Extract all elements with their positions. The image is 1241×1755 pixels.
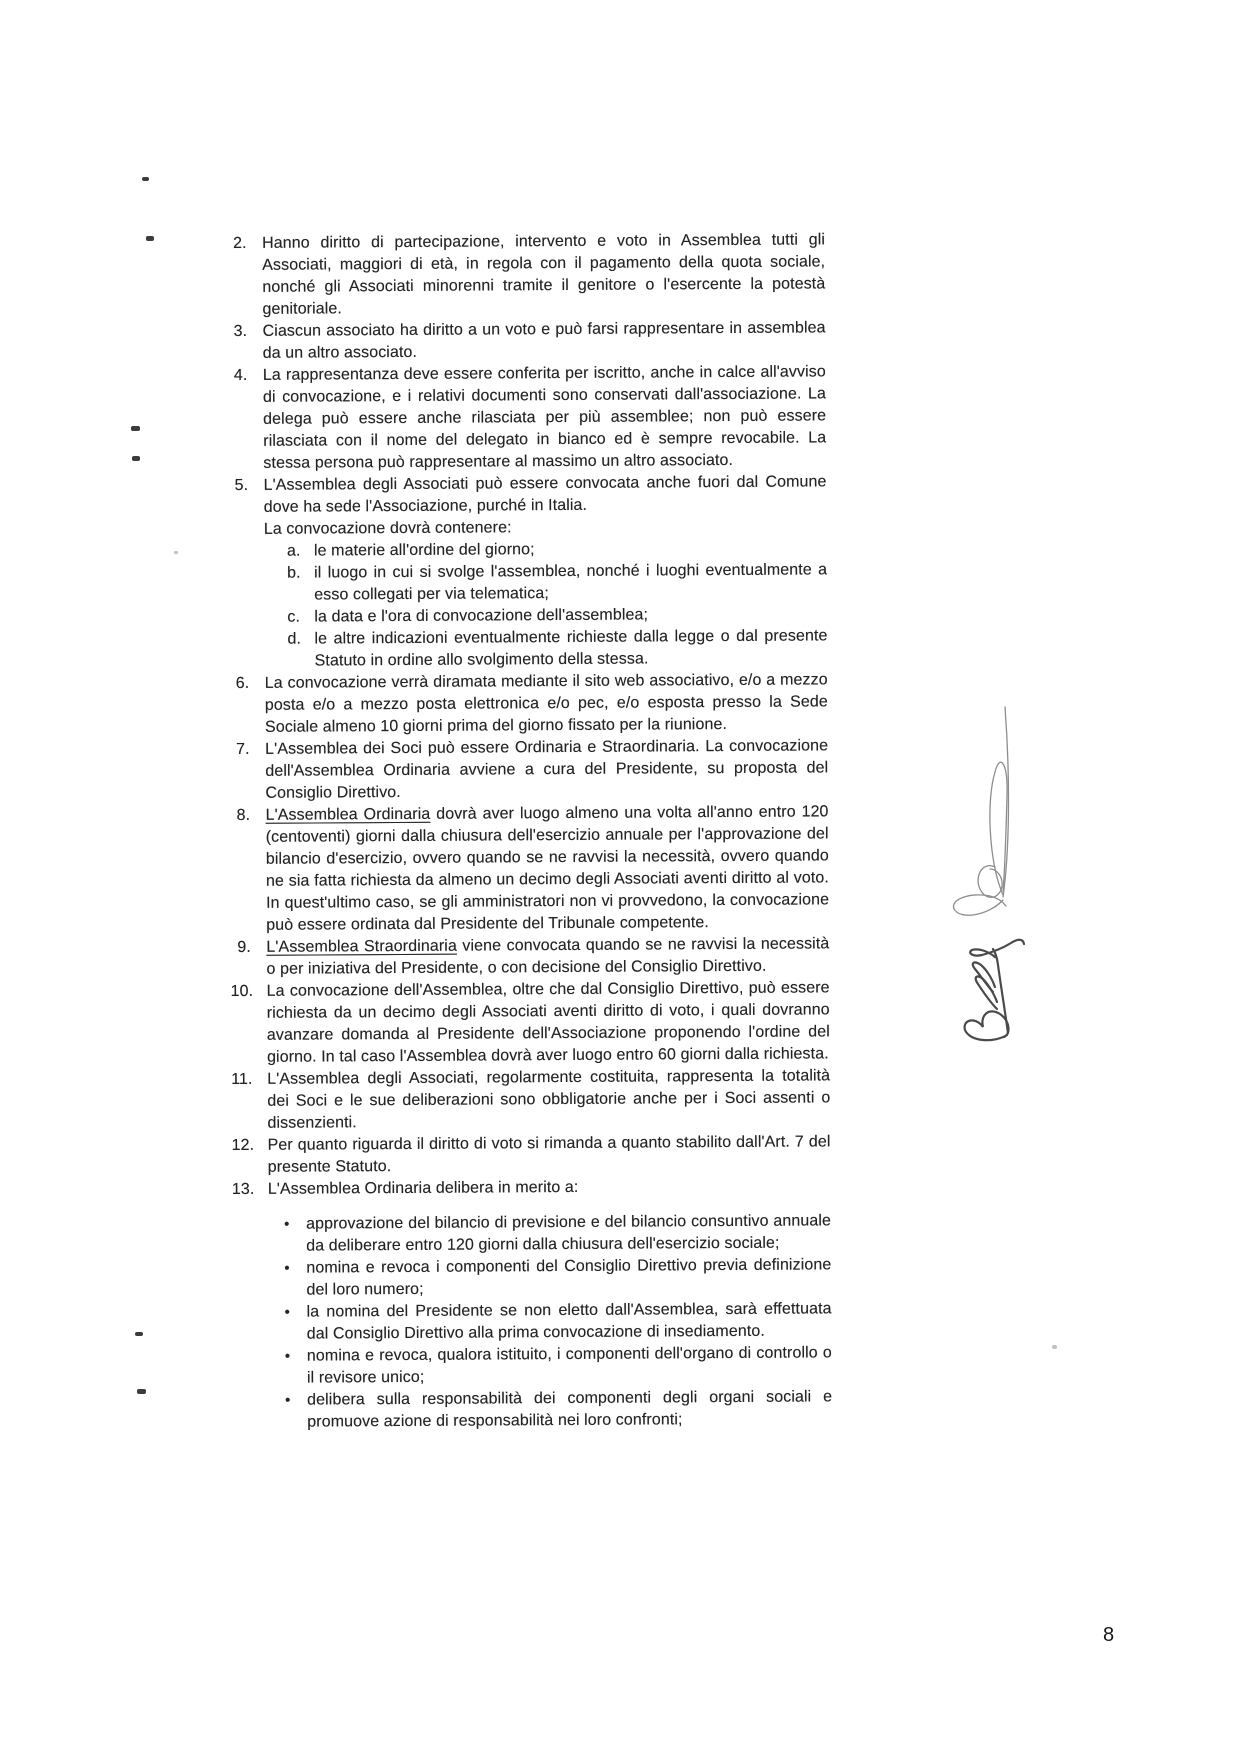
item-text: Ciascun associato ha diritto a un voto e…	[263, 317, 826, 364]
handwritten-signature	[925, 690, 1065, 1080]
bullet-text: la nomina del Presidente se non eletto d…	[307, 1298, 832, 1345]
bullet-icon: •	[285, 1346, 307, 1368]
bullet-text: nomina e revoca i componenti del Consigl…	[306, 1254, 831, 1301]
item-number: 9.	[237, 937, 266, 959]
scan-speck	[135, 1332, 143, 1336]
list-item-13: 13. L'Assemblea Ordinaria delibera in me…	[239, 1175, 833, 1434]
item-text: L'Assemblea Straordinaria viene convocat…	[266, 933, 829, 980]
list-item-11: 11. L'Assemblea degli Associati, regolar…	[238, 1065, 830, 1135]
bullet-item: • nomina e revoca, qualora istituito, i …	[285, 1342, 832, 1389]
bullet-item: • delibera sulla responsabilità dei comp…	[285, 1386, 832, 1433]
list-item-8: 8. L'Assemblea Ordinaria dovrà aver luog…	[236, 801, 829, 937]
item-number: 12.	[232, 1135, 268, 1157]
bullet-text: delibera sulla responsabilità dei compon…	[307, 1386, 832, 1433]
item-text: Hanno diritto di partecipazione, interve…	[262, 229, 826, 320]
statute-text-block: 2. Hanno diritto di partecipazione, inte…	[233, 229, 832, 1434]
underlined-lead: L'Assemblea Ordinaria	[266, 806, 431, 824]
bullet-icon: •	[285, 1302, 307, 1324]
bullet-item: • approvazione del bilancio di prevision…	[284, 1210, 831, 1257]
item-number: 2.	[233, 233, 262, 255]
lettered-sublist: a. le materie all'ordine del giorno; b. …	[287, 537, 828, 672]
bullet-text: approvazione del bilancio di previsione …	[306, 1210, 831, 1257]
item-text: La convocazione dell'Assemblea, oltre ch…	[267, 977, 831, 1068]
sublist-letter: a.	[287, 541, 314, 563]
list-item-12: 12. Per quanto riguarda il diritto di vo…	[239, 1131, 831, 1179]
item-text: L'Assemblea Ordinaria delibera in merito…	[268, 1175, 831, 1200]
item-number: 7.	[236, 739, 265, 761]
bullet-item: • nomina e revoca i componenti del Consi…	[284, 1254, 831, 1301]
item-number: 3.	[234, 321, 263, 343]
list-item-9: 9. L'Assemblea Straordinaria viene convo…	[237, 933, 829, 981]
bullet-item: • la nomina del Presidente se non eletto…	[285, 1298, 832, 1345]
item-number: 10.	[231, 981, 267, 1003]
item-content: L'Assemblea degli Associati può essere c…	[263, 471, 827, 672]
sublist-letter: c.	[287, 607, 314, 629]
item-text: L'Assemblea degli Associati, regolarment…	[267, 1065, 830, 1134]
bullet-list: • approvazione del bilancio di prevision…	[284, 1210, 832, 1433]
sublist-letter: d.	[287, 629, 314, 651]
list-item-10: 10. La convocazione dell'Assemblea, oltr…	[238, 977, 831, 1069]
scan-speck	[1052, 1345, 1057, 1349]
item-number: 13.	[232, 1179, 268, 1201]
item-number: 5.	[234, 475, 263, 497]
bullet-text: nomina e revoca, qualora istituito, i co…	[307, 1342, 832, 1389]
scan-speck	[132, 456, 140, 461]
item-number: 6.	[236, 673, 265, 695]
item-text: L'Assemblea degli Associati può essere c…	[263, 471, 826, 518]
item-text: L'Assemblea dei Soci può essere Ordinari…	[265, 735, 828, 804]
sublist-text: le materie all'ordine del giorno;	[314, 537, 827, 562]
sublist-text: la data e l'ora di convocazione dell'ass…	[314, 603, 827, 628]
scan-speck	[137, 1389, 146, 1394]
item-text: La rappresentanza deve essere conferita …	[263, 361, 827, 474]
sublist-letter: b.	[287, 563, 314, 585]
signature-flourish	[954, 707, 1009, 915]
item-number: 11.	[231, 1069, 267, 1091]
bullet-icon: •	[284, 1258, 306, 1280]
item-text: Per quanto riguarda il diritto di voto s…	[268, 1131, 831, 1178]
scan-speck	[131, 426, 140, 431]
item-content: L'Assemblea Ordinaria delibera in merito…	[268, 1175, 833, 1433]
signature-name	[965, 940, 1024, 1040]
list-item-6: 6. La convocazione verrà diramata median…	[236, 669, 828, 739]
item-number: 8.	[236, 805, 265, 827]
page-number: 8	[1103, 1624, 1114, 1647]
sublist-item-b: b. il luogo in cui si svolge l'assemblea…	[287, 559, 827, 606]
list-item-7: 7. L'Assemblea dei Soci può essere Ordin…	[236, 735, 828, 805]
sublist-text: il luogo in cui si svolge l'assemblea, n…	[314, 559, 827, 606]
item-number: 4.	[234, 365, 263, 387]
bullet-icon: •	[284, 1214, 306, 1236]
list-item-4: 4. La rappresentanza deve essere conferi…	[234, 361, 827, 475]
scan-speck	[146, 236, 154, 241]
list-item-5: 5. L'Assemblea degli Associati può esser…	[234, 471, 827, 673]
item-text: La convocazione verrà diramata mediante …	[265, 669, 828, 738]
sublist-item-d: d. le altre indicazioni eventualmente ri…	[287, 625, 827, 672]
list-item-2: 2. Hanno diritto di partecipazione, inte…	[233, 229, 826, 321]
underlined-lead: L'Assemblea Straordinaria	[266, 938, 457, 956]
item-text: L'Assemblea Ordinaria dovrà aver luogo a…	[265, 801, 829, 936]
scan-speck	[174, 551, 178, 554]
list-item-3: 3. Ciascun associato ha diritto a un vot…	[234, 317, 826, 365]
scan-speck	[142, 177, 149, 181]
scanned-document-page: { "content": { "bullet": "•", "items": […	[0, 0, 1241, 1755]
sublist-text: le altre indicazioni eventualmente richi…	[314, 625, 827, 672]
bullet-icon: •	[285, 1390, 307, 1412]
